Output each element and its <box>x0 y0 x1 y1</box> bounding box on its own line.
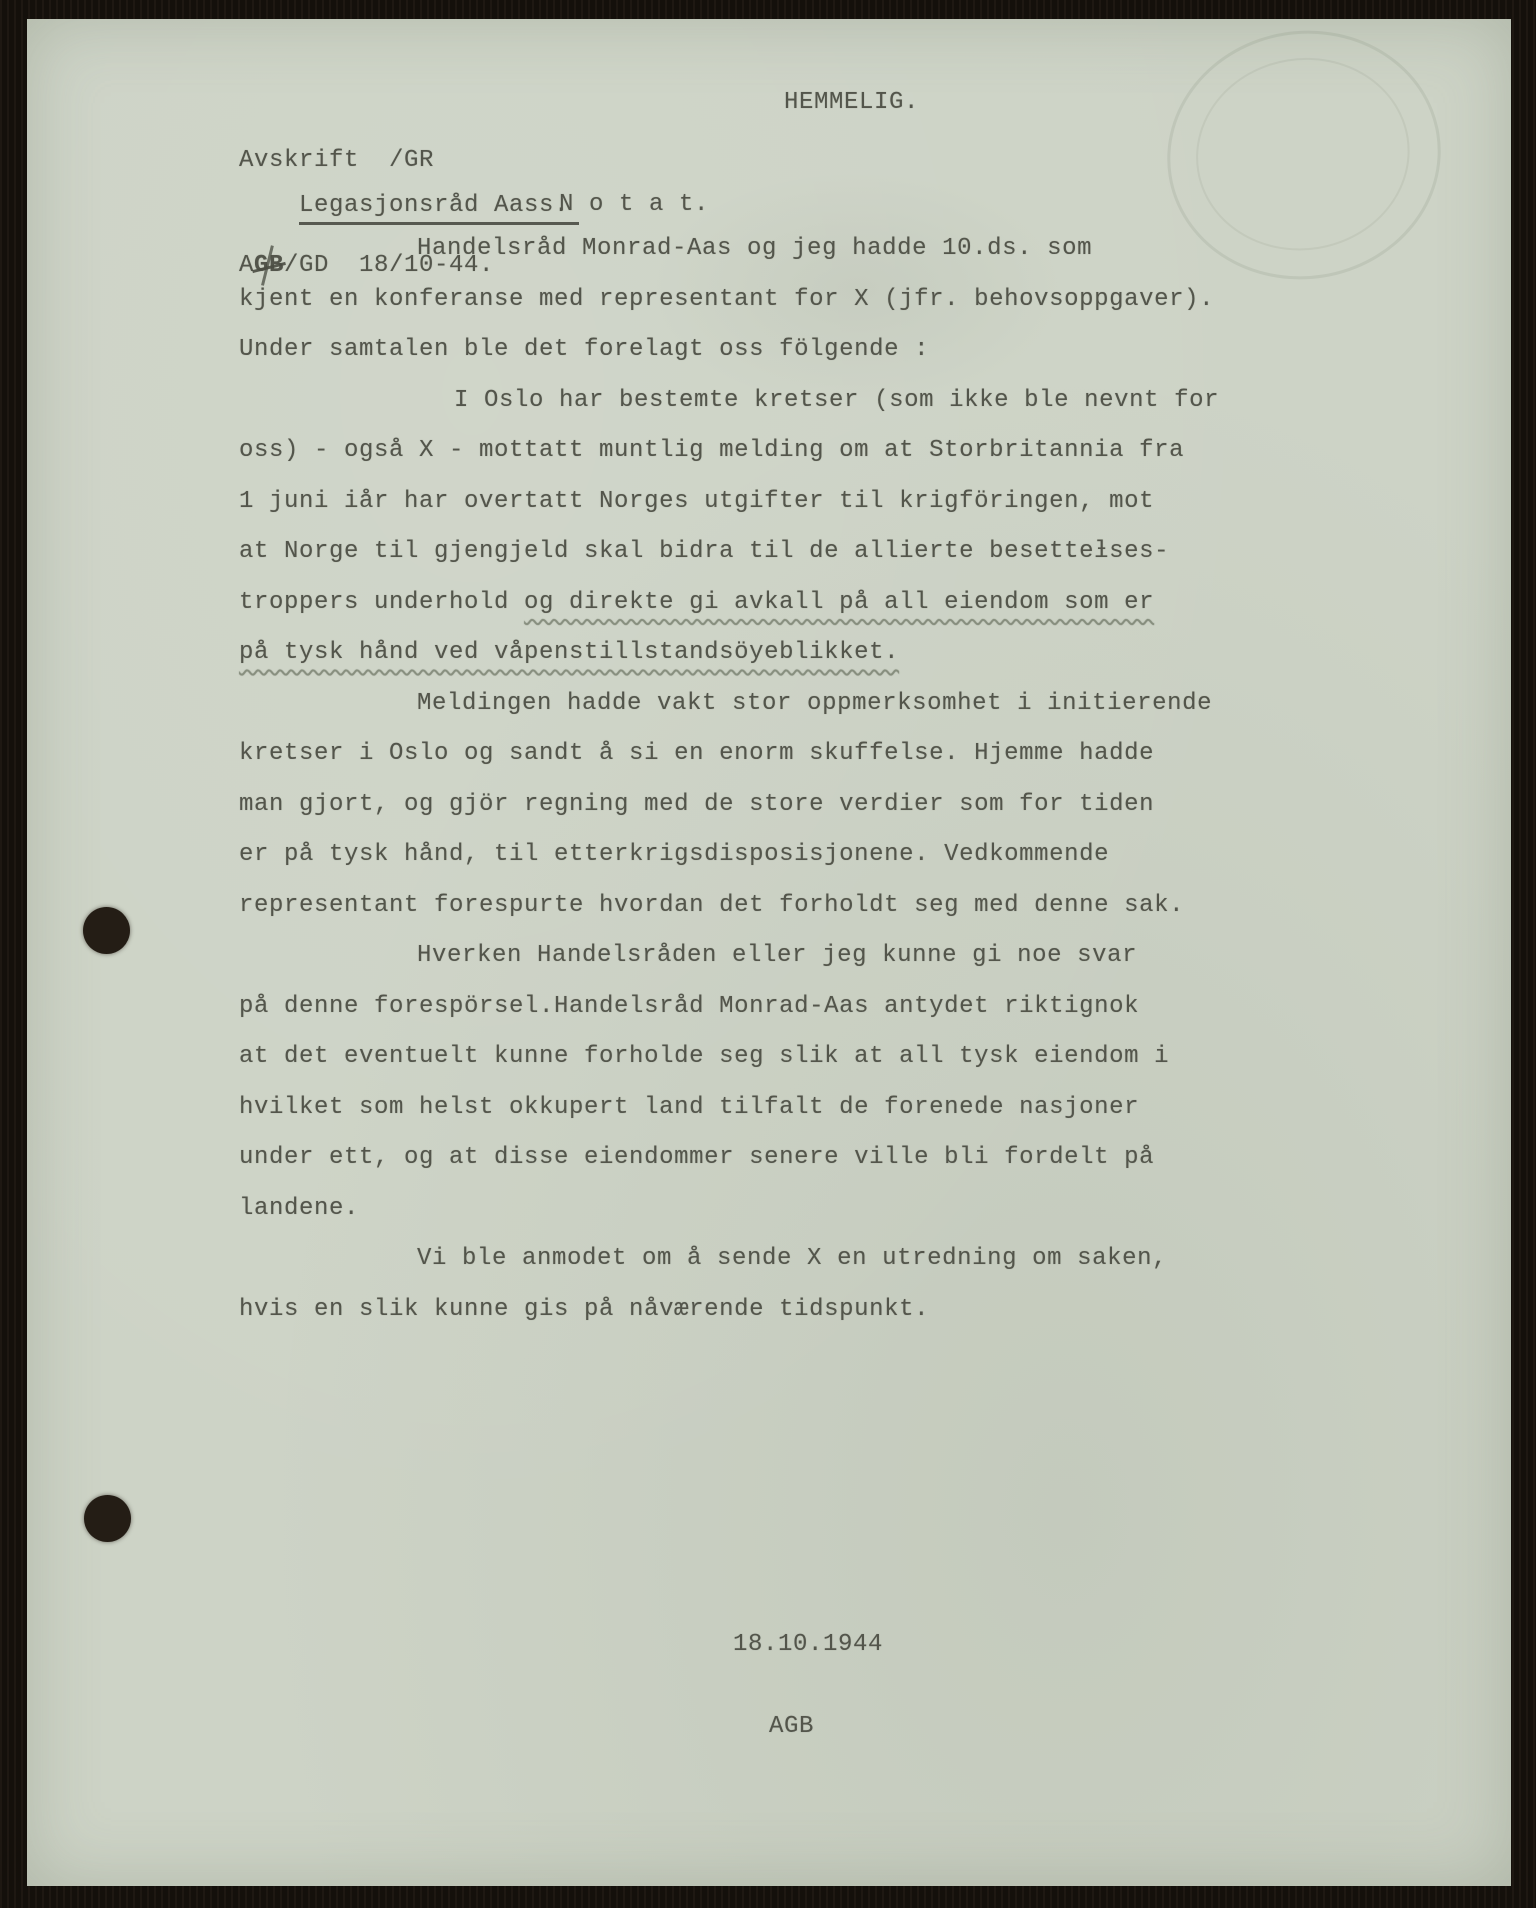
body-line: Meldingen hadde vakt stor oppmerksomhet … <box>239 690 1269 741</box>
body-line: Under samtalen ble det forelagt oss fölg… <box>239 336 1269 387</box>
scanned-document-page: { "document": { "header": { "transcript_… <box>0 0 1536 1908</box>
body-line: hvis en slik kunne gis på nåværende tids… <box>239 1296 1269 1347</box>
body-line: 1 juni iår har overtatt Norges utgifter … <box>239 488 1269 539</box>
faint-stamp-inner-ring <box>1182 43 1423 266</box>
signature-initials: AGB <box>769 1713 814 1740</box>
paper-sheet: Avskrift /GR AGB/GD 18/10-44. HEMMELIG. … <box>27 19 1511 1886</box>
body-line: at det eventuelt kunne forholde seg slik… <box>239 1043 1269 1094</box>
body-line: representant forespurte hvordan det forh… <box>239 892 1269 943</box>
body-line: Hverken Handelsråden eller jeg kunne gi … <box>239 942 1269 993</box>
body-line-text: troppers underhold <box>239 589 524 616</box>
pencil-underlined-text: og direkte gi avkall på all eiendom som … <box>524 589 1154 616</box>
body-line: under ett, og at disse eiendommer senere… <box>239 1144 1269 1195</box>
body-line: kjent en konferanse med representant for… <box>239 286 1269 337</box>
body-line: troppers underhold og direkte gi avkall … <box>239 589 1269 640</box>
body-line: oss) - også X - mottatt muntlig melding … <box>239 437 1269 488</box>
body-line: Handelsråd Monrad-Aas og jeg hadde 10.ds… <box>239 235 1269 286</box>
pencil-underlined-text: på tysk hånd ved våpenstillstandsöyeblik… <box>239 639 899 666</box>
date-line: 18.10.1944 <box>733 1631 883 1658</box>
body-line: hvilket som helst okkupert land tilfalt … <box>239 1094 1269 1145</box>
punch-hole-top <box>83 907 130 954</box>
body-line: at Norge til gjengjeld skal bidra til de… <box>239 538 1269 589</box>
body-lines: Handelsråd Monrad-Aas og jeg hadde 10.ds… <box>239 235 1269 1346</box>
body-line: kretser i Oslo og sandt å si en enorm sk… <box>239 740 1269 791</box>
body-line: Vi ble anmodet om å sende X en utredning… <box>239 1245 1269 1296</box>
body-line: man gjort, og gjör regning med de store … <box>239 791 1269 842</box>
classification-stamp: HEMMELIG. <box>784 89 919 116</box>
recipient-name: Legasjonsråd Aass. <box>299 192 579 225</box>
body-line: landene. <box>239 1195 1269 1246</box>
body-line: på denne forespörsel.Handelsråd Monrad-A… <box>239 993 1269 1044</box>
body-line: på tysk hånd ved våpenstillstandsöyeblik… <box>239 639 1269 690</box>
body-line: er på tysk hånd, til etterkrigsdisposisj… <box>239 841 1269 892</box>
punch-hole-bottom <box>84 1495 131 1542</box>
document-title: N o t a t. <box>559 191 709 218</box>
body-line: I Oslo har bestemte kretser (som ikke bl… <box>239 387 1269 438</box>
